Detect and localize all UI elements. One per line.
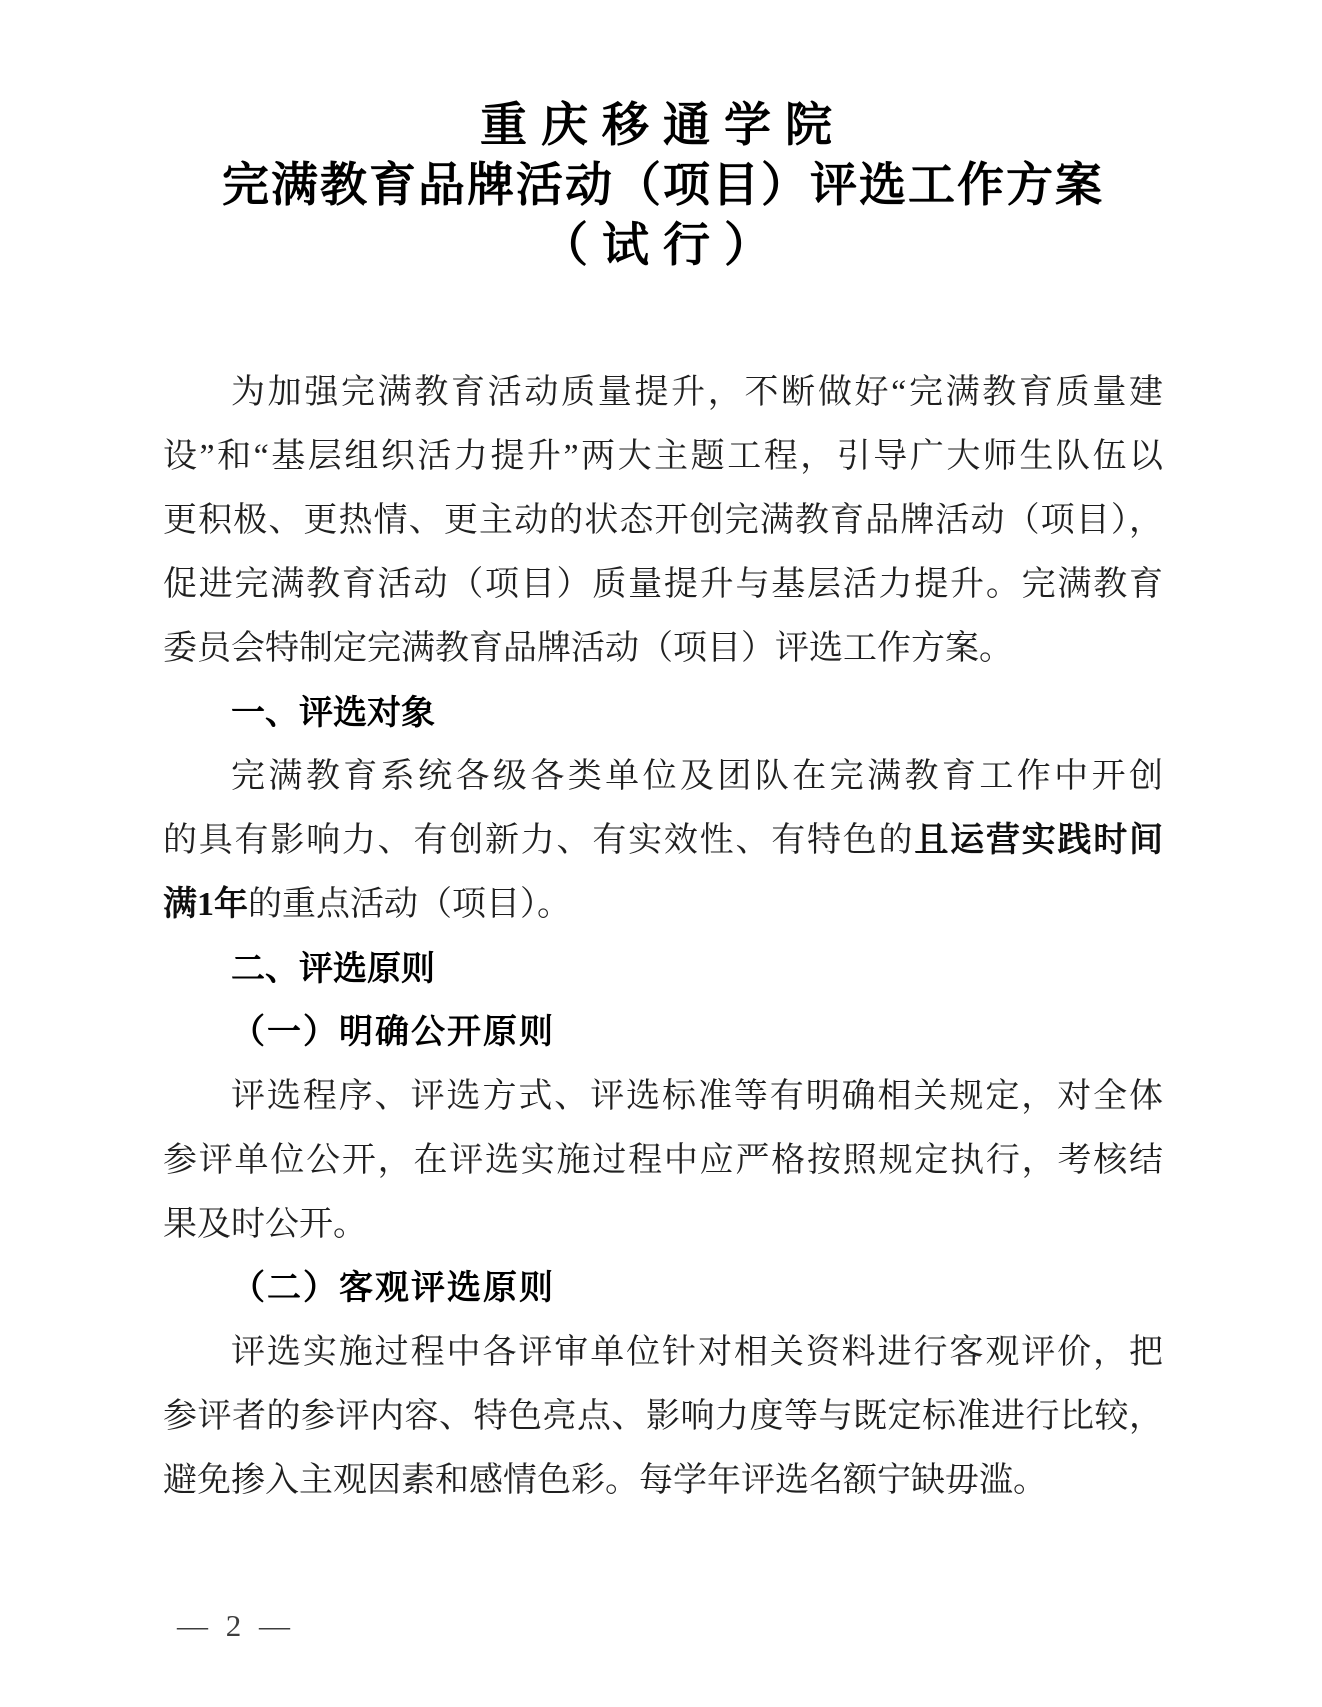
title-line-2: 完满教育品牌活动（项目）评选工作方案 — [163, 156, 1163, 216]
document-title: 重庆移通学院 完满教育品牌活动（项目）评选工作方案 （试行） — [163, 96, 1163, 276]
section-2-heading: 二、评选原则 — [163, 937, 1163, 1001]
document-body: 为加强完满教育活动质量提升，不断做好“完满教育质量建设”和“基层组织活力提升”两… — [163, 361, 1163, 1513]
intro-paragraph-line-3: 更积极、更热情、更主动的状态开创完满教育品牌活动（项目）， — [163, 489, 1163, 553]
body-text: 避免掺入主观因素和感情色彩。每学年评选名额宁缺毋滥。 — [163, 1462, 1047, 1499]
body-text: 委员会特制定完满教育品牌活动（项目）评选工作方案。 — [163, 630, 1013, 667]
body-text: 更积极、更热情、更主动的状态开创完满教育品牌活动（项目）， — [163, 502, 1163, 539]
page-number: — 2 — — [177, 1608, 295, 1643]
title-line-3: （试行） — [163, 216, 1163, 276]
section-2-2-paragraph-line-1: 评选实施过程中各评审单位针对相关资料进行客观评价，把 — [163, 1321, 1163, 1385]
intro-paragraph-line-2: 设”和“基层组织活力提升”两大主题工程，引导广大师生队伍以 — [163, 425, 1163, 489]
body-text: 参评单位公开，在评选实施过程中应严格按照规定执行，考核结 — [163, 1142, 1163, 1179]
section-1-paragraph-line-1: 完满教育系统各级各类单位及团队在完满教育工作中开创 — [163, 745, 1163, 809]
section-2-1-heading: （一）明确公开原则 — [163, 1001, 1163, 1065]
body-text: 评选实施过程中各评审单位针对相关资料进行客观评价，把 — [231, 1334, 1163, 1371]
intro-paragraph-line-1: 为加强完满教育活动质量提升，不断做好“完满教育质量建 — [163, 361, 1163, 425]
intro-paragraph-line-4: 促进完满教育活动（项目）质量提升与基层活力提升。完满教育 — [163, 553, 1163, 617]
section-1-heading: 一、评选对象 — [163, 681, 1163, 745]
section-2-2-heading: （二）客观评选原则 — [163, 1257, 1163, 1321]
body-text: 评选程序、评选方式、评选标准等有明确相关规定，对全体 — [231, 1078, 1163, 1115]
body-text: 为加强完满教育活动质量提升，不断做好“完满教育质量建 — [231, 374, 1163, 411]
emphasis-text: 满1年 — [163, 886, 248, 923]
body-text: 果及时公开。 — [163, 1206, 367, 1243]
page-footer: — 2 — — [177, 1608, 295, 1644]
intro-paragraph-line-5: 委员会特制定完满教育品牌活动（项目）评选工作方案。 — [163, 617, 1163, 681]
section-2-2-paragraph-line-3: 避免掺入主观因素和感情色彩。每学年评选名额宁缺毋滥。 — [163, 1449, 1163, 1513]
title-line-1: 重庆移通学院 — [163, 96, 1163, 156]
emphasis-text: 且运营实践时间 — [914, 822, 1163, 859]
section-2-2-paragraph-line-2: 参评者的参评内容、特色亮点、影响力度等与既定标准进行比较， — [163, 1385, 1163, 1449]
section-2-1-paragraph-line-1: 评选程序、评选方式、评选标准等有明确相关规定，对全体 — [163, 1065, 1163, 1129]
section-2-1-paragraph-line-3: 果及时公开。 — [163, 1193, 1163, 1257]
body-text: 的具有影响力、有创新力、有实效性、有特色的 — [163, 822, 914, 859]
body-text: 参评者的参评内容、特色亮点、影响力度等与既定标准进行比较， — [163, 1398, 1163, 1435]
body-text: 设”和“基层组织活力提升”两大主题工程，引导广大师生队伍以 — [163, 438, 1163, 475]
section-2-1-paragraph-line-2: 参评单位公开，在评选实施过程中应严格按照规定执行，考核结 — [163, 1129, 1163, 1193]
section-1-paragraph-line-3: 满1年的重点活动（项目）。 — [163, 873, 1163, 937]
document-page: 重庆移通学院 完满教育品牌活动（项目）评选工作方案 （试行） 为加强完满教育活动… — [0, 0, 1322, 1707]
section-1-paragraph-line-2: 的具有影响力、有创新力、有实效性、有特色的且运营实践时间 — [163, 809, 1163, 873]
body-text: 的重点活动（项目）。 — [248, 886, 571, 923]
body-text: 完满教育系统各级各类单位及团队在完满教育工作中开创 — [231, 758, 1163, 795]
body-text: 促进完满教育活动（项目）质量提升与基层活力提升。完满教育 — [163, 566, 1163, 603]
